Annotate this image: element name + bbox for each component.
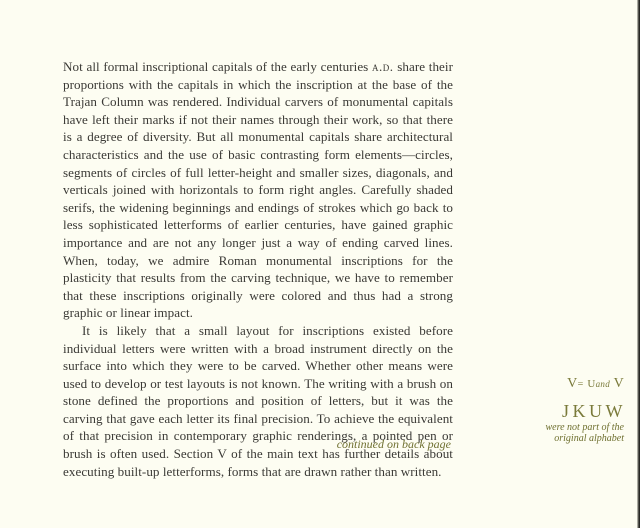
caption-line-1: were not part of the: [504, 422, 624, 433]
paragraph-2: It is likely that a small layout for ins…: [63, 322, 453, 480]
paragraph-1: Not all formal inscriptional capitals of…: [63, 58, 453, 322]
and-word: and: [596, 379, 610, 389]
u-letter: U: [587, 378, 595, 390]
paragraph-1-text-start: Not all formal inscriptional capitals of…: [63, 59, 372, 74]
equals-sign: =: [578, 379, 584, 390]
jkuw-letters: JKUW: [504, 400, 626, 422]
era-abbreviation: A.D.: [372, 59, 394, 74]
continued-note: continued on back page: [300, 437, 451, 452]
margin-note: V= Uand V JKUW were not part of the orig…: [504, 375, 624, 444]
caption-line-2: original alphabet: [504, 433, 624, 444]
v-equals-u-and-v: V= Uand V: [504, 375, 624, 394]
paragraph-1-text-rest: share their proportions with the capital…: [63, 59, 453, 320]
body-text: Not all formal inscriptional capitals of…: [63, 58, 453, 480]
v-letter: V: [567, 376, 577, 391]
v-letter-2: V: [614, 376, 624, 391]
